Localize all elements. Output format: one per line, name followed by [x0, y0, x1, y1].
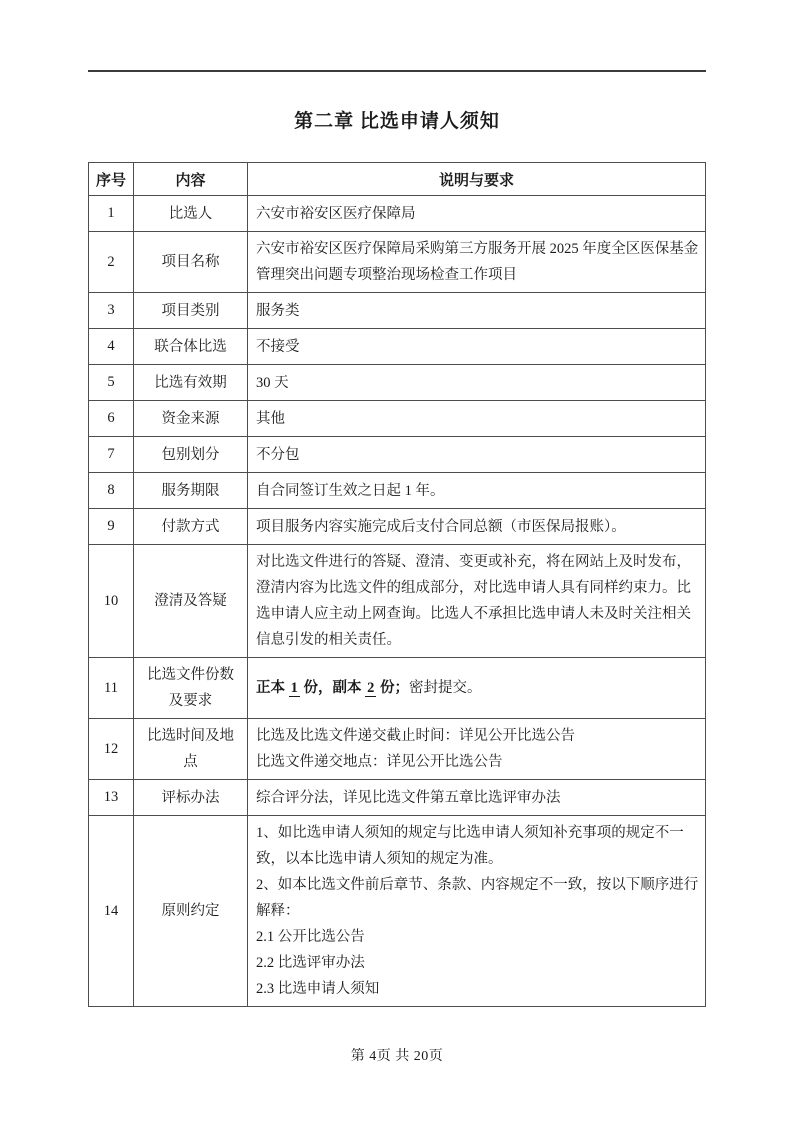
- desc-line: 2.1 公开比选公告: [256, 924, 699, 950]
- row-desc-cell: 不分包: [248, 437, 706, 473]
- document-page: 第二章 比选申请人须知 序号 内容 说明与要求 1 比选人 六安市裕安区医疗保障…: [0, 0, 794, 1122]
- col-header-content: 内容: [134, 163, 248, 196]
- sealed-submission-text: 密封提交。: [409, 680, 482, 696]
- col-header-no: 序号: [89, 163, 134, 196]
- row-desc-cell: 服务类: [248, 293, 706, 329]
- row-label-cell: 包别划分: [134, 437, 248, 473]
- table-row: 3 项目类别 服务类: [89, 293, 706, 329]
- row-desc-cell: 正本 1 份，副本 2 份；密封提交。: [248, 658, 706, 719]
- row-label-cell: 资金来源: [134, 401, 248, 437]
- row-desc-cell: 六安市裕安区医疗保障局: [248, 196, 706, 232]
- desc-line: 2.3 比选申请人须知: [256, 976, 699, 1002]
- table-row: 13 评标办法 综合评分法，详见比选文件第五章比选评审办法: [89, 780, 706, 816]
- row-desc-cell: 比选及比选文件递交截止时间：详见公开比选公告 比选文件递交地点：详见公开比选公告: [248, 719, 706, 780]
- table-row: 6 资金来源 其他: [89, 401, 706, 437]
- row-label-cell: 比选有效期: [134, 365, 248, 401]
- desc-line: 比选及比选文件递交截止时间：详见公开比选公告: [256, 723, 699, 749]
- copies-bold-text: 正本 1 份，副本 2 份；: [256, 680, 409, 697]
- copy-count-underlined: 2: [365, 680, 376, 697]
- row-desc-cell: 自合同签订生效之日起 1 年。: [248, 473, 706, 509]
- table-row: 14 原则约定 1、如比选申请人须知的规定与比选申请人须知补充事项的规定不一致，…: [89, 816, 706, 1007]
- table-header-row: 序号 内容 说明与要求: [89, 163, 706, 196]
- row-label-cell: 项目类别: [134, 293, 248, 329]
- row-no-cell: 6: [89, 401, 134, 437]
- row-label-cell: 澄清及答疑: [134, 545, 248, 658]
- row-no-cell: 9: [89, 509, 134, 545]
- page-footer: 第 4页 共 20页: [88, 1045, 706, 1065]
- row-desc-cell: 六安市裕安区医疗保障局采购第三方服务开展 2025 年度全区医保基金管理突出问题…: [248, 232, 706, 293]
- row-no-cell: 1: [89, 196, 134, 232]
- row-no-cell: 11: [89, 658, 134, 719]
- col-header-desc: 说明与要求: [248, 163, 706, 196]
- row-desc-cell: 项目服务内容实施完成后支付合同总额（市医保局报账）。: [248, 509, 706, 545]
- table-row: 12 比选时间及地点 比选及比选文件递交截止时间：详见公开比选公告 比选文件递交…: [89, 719, 706, 780]
- row-desc-cell: 不接受: [248, 329, 706, 365]
- desc-line: 2.2 比选评审办法: [256, 950, 699, 976]
- row-desc-cell: 30 天: [248, 365, 706, 401]
- row-label-cell: 服务期限: [134, 473, 248, 509]
- table-row: 1 比选人 六安市裕安区医疗保障局: [89, 196, 706, 232]
- table-row: 2 项目名称 六安市裕安区医疗保障局采购第三方服务开展 2025 年度全区医保基…: [89, 232, 706, 293]
- row-label-cell: 项目名称: [134, 232, 248, 293]
- row-no-cell: 4: [89, 329, 134, 365]
- table-row: 11 比选文件份数及要求 正本 1 份，副本 2 份；密封提交。: [89, 658, 706, 719]
- row-label-cell: 比选时间及地点: [134, 719, 248, 780]
- row-no-cell: 13: [89, 780, 134, 816]
- table-row: 8 服务期限 自合同签订生效之日起 1 年。: [89, 473, 706, 509]
- row-no-cell: 14: [89, 816, 134, 1007]
- row-label-cell: 评标办法: [134, 780, 248, 816]
- row-desc-cell: 综合评分法，详见比选文件第五章比选评审办法: [248, 780, 706, 816]
- desc-line: 1、如比选申请人须知的规定与比选申请人须知补充事项的规定不一致，以本比选申请人须…: [256, 820, 699, 872]
- row-no-cell: 3: [89, 293, 134, 329]
- row-no-cell: 12: [89, 719, 134, 780]
- row-label-cell: 比选人: [134, 196, 248, 232]
- row-no-cell: 2: [89, 232, 134, 293]
- row-label-cell: 原则约定: [134, 816, 248, 1007]
- row-label-cell: 比选文件份数及要求: [134, 658, 248, 719]
- table-row: 10 澄清及答疑 对比选文件进行的答疑、澄清、变更或补充，将在网站上及时发布，澄…: [89, 545, 706, 658]
- desc-line: 2、如本比选文件前后章节、条款、内容规定不一致，按以下顺序进行解释：: [256, 872, 699, 924]
- row-no-cell: 10: [89, 545, 134, 658]
- row-label-cell: 付款方式: [134, 509, 248, 545]
- table-row: 4 联合体比选 不接受: [89, 329, 706, 365]
- original-count-underlined: 1: [289, 680, 300, 697]
- chapter-title: 第二章 比选申请人须知: [88, 109, 706, 135]
- desc-line: 比选文件递交地点：详见公开比选公告: [256, 749, 699, 775]
- row-no-cell: 7: [89, 437, 134, 473]
- table-row: 7 包别划分 不分包: [89, 437, 706, 473]
- row-no-cell: 5: [89, 365, 134, 401]
- row-desc-cell: 1、如比选申请人须知的规定与比选申请人须知补充事项的规定不一致，以本比选申请人须…: [248, 816, 706, 1007]
- row-no-cell: 8: [89, 473, 134, 509]
- row-desc-cell: 其他: [248, 401, 706, 437]
- row-desc-cell: 对比选文件进行的答疑、澄清、变更或补充，将在网站上及时发布，澄清内容为比选文件的…: [248, 545, 706, 658]
- applicant-notice-table: 序号 内容 说明与要求 1 比选人 六安市裕安区医疗保障局 2 项目名称 六安市…: [88, 162, 706, 1007]
- header-divider-line: [88, 70, 706, 72]
- table-row: 5 比选有效期 30 天: [89, 365, 706, 401]
- row-label-cell: 联合体比选: [134, 329, 248, 365]
- table-row: 9 付款方式 项目服务内容实施完成后支付合同总额（市医保局报账）。: [89, 509, 706, 545]
